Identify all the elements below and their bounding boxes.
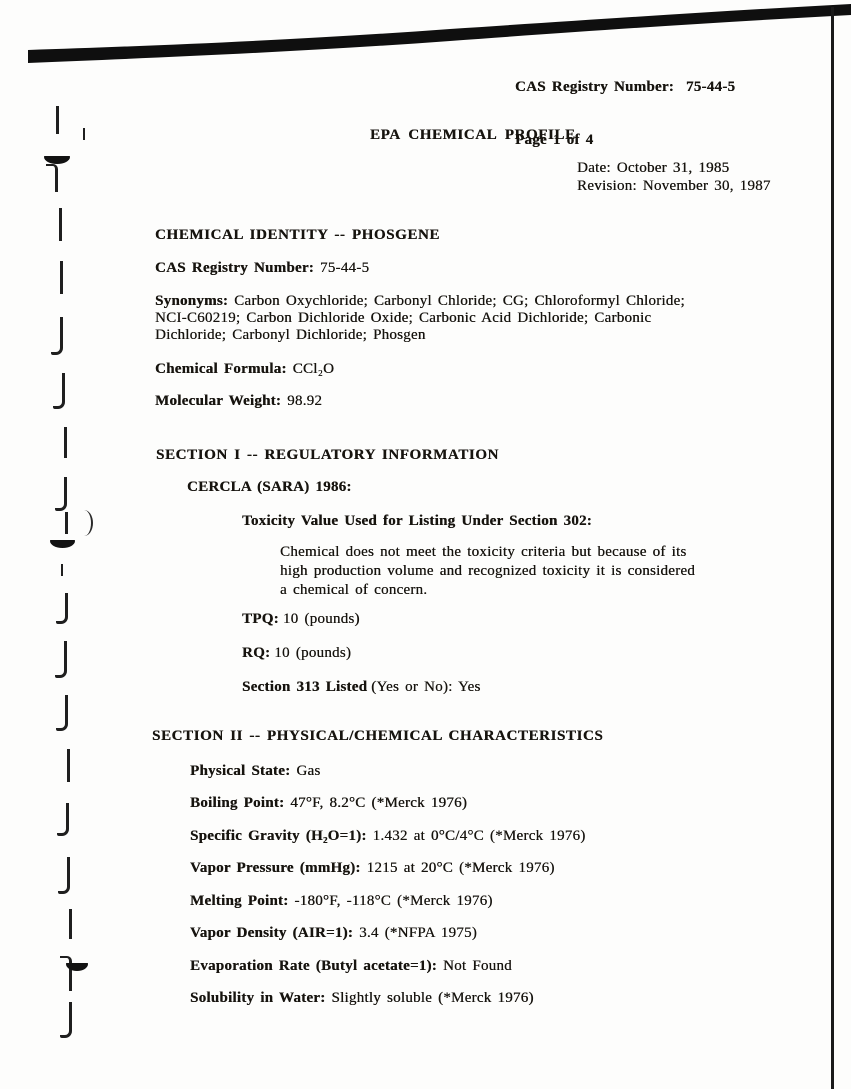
- rq-row: RQ:10 (pounds): [242, 645, 351, 662]
- property-row-evaporation-rate: Evaporation Rate (Butyl acetate=1):Not F…: [190, 958, 512, 975]
- mw-label: Molecular Weight:: [155, 393, 281, 409]
- section-313-row: Section 313 Listed(Yes or No): Yes: [242, 679, 481, 696]
- synonyms-block: Synonyms:Carbon Oxychloride; Carbonyl Ch…: [155, 293, 685, 344]
- property-value: 47°F, 8.2°C (*Merck 1976): [290, 795, 467, 811]
- synonyms-line-3: Dichloride; Carbonyl Dichloride; Phosgen: [155, 327, 685, 344]
- tpq-label: TPQ:: [242, 611, 279, 627]
- scan-mark: [56, 512, 68, 534]
- scan-mark: [51, 261, 63, 294]
- property-row-solubility: Solubility in Water:Slightly soluble (*M…: [190, 990, 534, 1007]
- property-label: Melting Point:: [190, 893, 288, 909]
- scan-mark: [57, 564, 63, 576]
- property-value: 3.4 (*NFPA 1975): [359, 925, 477, 941]
- scan-mark: [47, 106, 59, 134]
- document-title: EPA CHEMICAL PROFILE: [370, 127, 576, 144]
- date-block: Date: October 31, 1985 Revision: Novembe…: [577, 159, 771, 195]
- scan-mark: [56, 695, 68, 731]
- scan-mark-crescent: [50, 534, 75, 548]
- property-row-physical-state: Physical State:Gas: [190, 763, 320, 780]
- tpq-row: TPQ:10 (pounds): [242, 611, 360, 628]
- molecular-weight-row: Molecular Weight:98.92: [155, 393, 322, 410]
- scan-mark: [51, 317, 63, 355]
- property-label: Physical State:: [190, 763, 290, 779]
- scan-mark: [58, 857, 70, 894]
- mw-value: 98.92: [287, 393, 322, 409]
- cas-registry-row: CAS Registry Number:75-44-5: [155, 260, 369, 277]
- toxicity-line-2: high production volume and recognized to…: [280, 562, 695, 581]
- scan-mark: [46, 164, 58, 192]
- scan-artifact-right-edge-line: [831, 7, 834, 1089]
- scan-mark: [50, 208, 62, 241]
- scan-mark-paren: [82, 510, 93, 536]
- toxicity-heading: Toxicity Value Used for Listing Under Se…: [242, 513, 592, 530]
- synonyms-label: Synonyms:: [155, 293, 228, 309]
- toxicity-paragraph: Chemical does not meet the toxicity crit…: [280, 543, 695, 600]
- scan-mark: [60, 909, 72, 939]
- property-row-melting-point: Melting Point:-180°F, -118°C (*Merck 197…: [190, 893, 493, 910]
- section-313-label: Section 313 Listed: [242, 679, 367, 695]
- header-cas-line: CAS Registry Number: 75-44-5: [515, 79, 735, 97]
- scan-mark: [53, 373, 65, 409]
- chemical-formula-row: Chemical Formula:CCl₂O: [155, 361, 334, 378]
- scan-mark: [58, 749, 70, 782]
- section2-heading: SECTION II -- PHYSICAL/CHEMICAL CHARACTE…: [152, 728, 603, 745]
- rq-label: RQ:: [242, 645, 270, 661]
- property-value: Not Found: [443, 958, 512, 974]
- formula-value: CCl₂O: [293, 361, 335, 377]
- scan-mark: [55, 641, 67, 678]
- scan-mark: [79, 128, 85, 140]
- property-value: 1.432 at 0°C/4°C (*Merck 1976): [373, 828, 586, 844]
- scan-mark-crescent: [44, 150, 70, 164]
- toxicity-line-3: a chemical of concern.: [280, 581, 695, 600]
- rq-value: 10 (pounds): [274, 645, 351, 661]
- scan-mark-crescent: [66, 957, 88, 971]
- cas-value: 75-44-5: [320, 260, 369, 276]
- property-value: Gas: [296, 763, 320, 779]
- property-value: -180°F, -118°C (*Merck 1976): [294, 893, 492, 909]
- section-313-value: (Yes or No): Yes: [371, 679, 480, 695]
- property-row-vapor-pressure: Vapor Pressure (mmHg):1215 at 20°C (*Mer…: [190, 860, 555, 877]
- property-label: Evaporation Rate (Butyl acetate=1):: [190, 958, 437, 974]
- formula-label: Chemical Formula:: [155, 361, 287, 377]
- section1-heading: SECTION I -- REGULATORY INFORMATION: [156, 447, 499, 464]
- scan-mark: [60, 1002, 72, 1038]
- synonyms-line-2: NCI-C60219; Carbon Dichloride Oxide; Car…: [155, 310, 685, 327]
- toxicity-line-1: Chemical does not meet the toxicity crit…: [280, 543, 695, 562]
- property-row-vapor-density: Vapor Density (AIR=1):3.4 (*NFPA 1975): [190, 925, 477, 942]
- property-label: Vapor Density (AIR=1):: [190, 925, 353, 941]
- document-page: CAS Registry Number: 75-44-5 Page 1 of 4…: [0, 0, 851, 1089]
- property-value: 1215 at 20°C (*Merck 1976): [367, 860, 555, 876]
- property-row-boiling-point: Boiling Point:47°F, 8.2°C (*Merck 1976): [190, 795, 467, 812]
- property-label: Specific Gravity (H₂O=1):: [190, 828, 367, 844]
- cas-label: CAS Registry Number:: [155, 260, 314, 276]
- scan-mark: [57, 803, 69, 836]
- property-value: Slightly soluble (*Merck 1976): [331, 990, 533, 1006]
- tpq-value: 10 (pounds): [283, 611, 360, 627]
- scan-mark: [55, 427, 67, 458]
- property-label: Boiling Point:: [190, 795, 284, 811]
- chemical-identity-heading: CHEMICAL IDENTITY -- PHOSGENE: [155, 227, 440, 244]
- scan-mark: [56, 593, 68, 624]
- date-line: Date: October 31, 1985: [577, 159, 771, 177]
- property-label: Solubility in Water:: [190, 990, 325, 1006]
- revision-line: Revision: November 30, 1987: [577, 177, 771, 195]
- cercla-heading: CERCLA (SARA) 1986:: [187, 479, 352, 496]
- property-label: Vapor Pressure (mmHg):: [190, 860, 361, 876]
- scan-mark: [55, 477, 67, 511]
- property-row-specific-gravity: Specific Gravity (H₂O=1):1.432 at 0°C/4°…: [190, 828, 585, 845]
- synonyms-line-1: Carbon Oxychloride; Carbonyl Chloride; C…: [234, 293, 685, 309]
